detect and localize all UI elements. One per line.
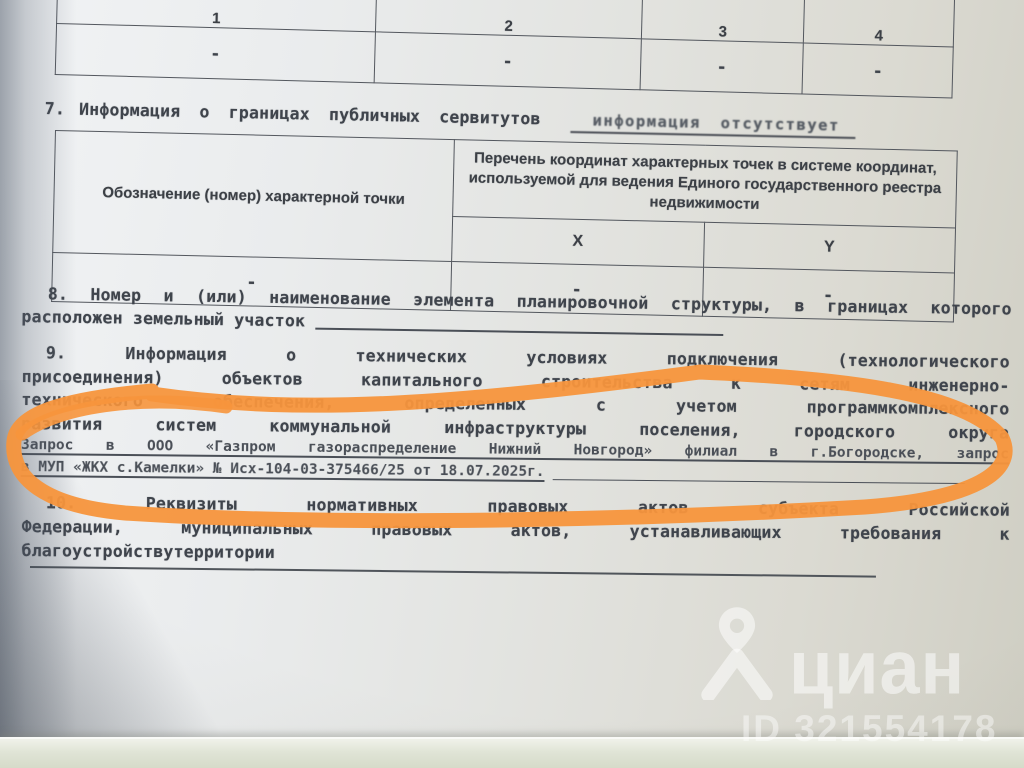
section9: 9. Информация о технических условиях под…: [21, 341, 1010, 487]
coords-table-y-label: Y: [703, 222, 955, 273]
section10: 10. Реквизиты нормативных правовых актов…: [21, 491, 1010, 571]
coords-table-x-label: X: [452, 217, 704, 268]
top-table-header-4: 4: [804, 0, 955, 47]
top-table: 1 2 3 4 - - - -: [55, 0, 956, 98]
document-photo: 1 2 3 4 - - - - 7. Информация о границах…: [0, 0, 1024, 768]
top-table-header-3: 3: [641, 0, 805, 43]
section7-title: Информация о границах публичных сервитут…: [79, 100, 541, 129]
page-bottom-edge: [0, 737, 1024, 768]
top-table-value-1: -: [55, 23, 375, 82]
coords-table-coords-header: Перечень координат характерных точек в с…: [453, 140, 958, 228]
section8-blank-line: [315, 328, 723, 336]
section9-trailing-underline: [552, 479, 964, 484]
coords-table-point-header: Обозначение (номер) характерной точки: [53, 131, 455, 262]
section7-number: 7.: [45, 99, 66, 118]
top-table-value-4: -: [802, 43, 953, 98]
top-table-value-3: -: [640, 39, 804, 94]
section9-request-line2-text: в МУП «ЖКХ с.Камелки» № Исх-104-03-37546…: [21, 456, 545, 483]
coords-table-header-row: Обозначение (номер) характерной точки Пе…: [54, 131, 958, 228]
top-table-value-2: -: [374, 32, 641, 90]
section8-line2-text: расположен земельный участок: [21, 305, 305, 332]
document-page: 1 2 3 4 - - - - 7. Информация о границах…: [0, 0, 1024, 768]
section7-handwritten-note: информация отсутствует: [570, 111, 856, 139]
